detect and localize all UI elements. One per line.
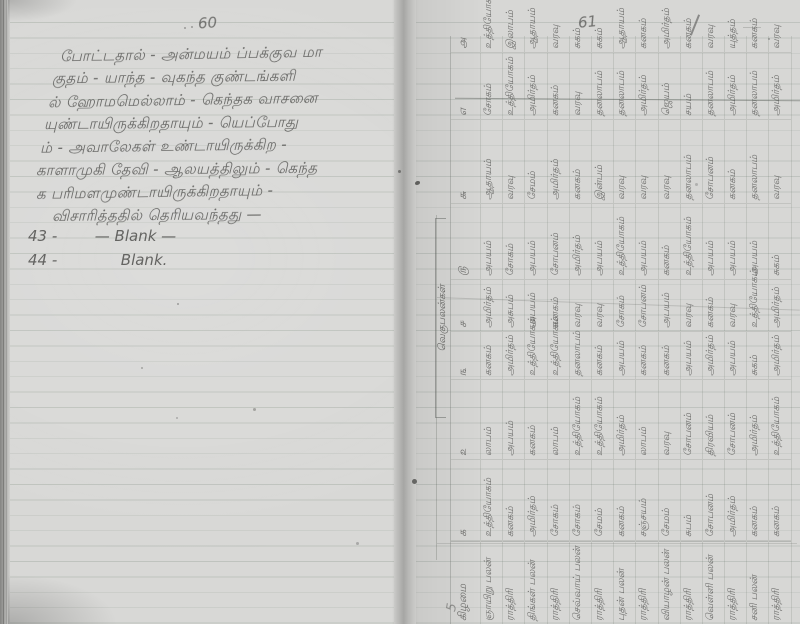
table-cell: அமிர்தம் — [747, 380, 768, 460]
table-cell: வரவு — [548, 0, 569, 53]
table-cell: அபயம் — [636, 204, 657, 280]
table-cell: இன்பம் — [592, 120, 613, 204]
table-cell: அபயம் — [614, 332, 635, 380]
row-label-cell: வெள்ளி பலன் — [703, 541, 724, 624]
table-cell: தனலாபம் — [747, 120, 768, 204]
table-cell: உத்தியோகம் — [747, 280, 768, 332]
table-cell: அமிர்தம் — [503, 332, 524, 380]
table-cell: தனலாபம் — [614, 53, 635, 120]
manuscript-line: காளாமுகி தேவி - ஆலயத்திலும் - கெந்த — [36, 159, 318, 181]
entry-text: Blank. — [121, 251, 168, 269]
row-label-cell: சனி பலன் — [747, 541, 768, 624]
table-cell: கனகம் — [548, 280, 569, 332]
table-cell: உத்தியோகம் — [570, 380, 591, 460]
table-cell: சோகம் — [481, 53, 502, 120]
table-cell: கனகம் — [747, 460, 768, 541]
table-cell: இலாபம் — [503, 0, 524, 53]
table-cell: வரவு — [636, 120, 657, 204]
table-row: செவ்வாய் பலன்சோகம்உத்தியோகம்தனலாபம்வரவுஅ… — [570, 36, 592, 624]
table-cell: கனகம் — [636, 0, 657, 53]
table-grid: கிழமை௧௨௩௪௫௬௭௮ஞாயிறு பலன்உத்தியோகம்லாபம்க… — [450, 36, 791, 624]
entry-number: 44 - — [28, 251, 90, 269]
table-cell: சுகம் — [747, 332, 768, 380]
table-cell: வரவு — [659, 380, 680, 460]
book-gutter-shadow — [392, 0, 418, 624]
table-cell: சோபனம் — [636, 280, 657, 332]
table-cell: அபயம் — [703, 204, 724, 280]
table-cell: சயம் — [681, 53, 702, 120]
row-label-cell: ராத்திரி — [725, 541, 746, 624]
catalog-entry: 44 - Blank. — [28, 251, 167, 269]
table-cell: ஆதாயம் — [525, 0, 546, 53]
table-cell: ஆதாயம் — [614, 0, 635, 53]
table-row: ராத்திரிகனகம்உத்தியோகம்அமிர்தம்அமிர்தம்ச… — [769, 36, 791, 624]
table-cell: கனகம் — [548, 53, 569, 120]
table-cell: அபயம் — [747, 204, 768, 280]
table-cell: சேமம் — [592, 460, 613, 541]
table-cell: சோபனம் — [703, 120, 724, 204]
table-cell: வரவு — [703, 0, 724, 53]
table-cell: கனகம் — [747, 0, 768, 53]
book-left-edge — [0, 0, 10, 624]
table-cell: கனகம் — [659, 204, 680, 280]
table-cell: சுகம் — [769, 204, 790, 280]
table-title-bracket: வெகுபலன்கள் — [435, 218, 451, 418]
table-cell: தனலாபம் — [592, 53, 613, 120]
table-cell: ௬ — [451, 120, 480, 204]
table-cell: உத்தியோகம் — [769, 380, 790, 460]
table-cell: கனகம் — [481, 332, 502, 380]
table-cell: ஆதாயம் — [481, 120, 502, 204]
table-row: புதன் பலன்கனகம்அமிர்தம்அபயம்சோகம்உத்தியோ… — [614, 36, 636, 624]
table-cell: உத்தியோகம் — [481, 460, 502, 541]
table-cell: அமிர்தம் — [525, 53, 546, 120]
table-border-line — [436, 215, 437, 560]
bracket-tick — [436, 417, 446, 418]
catalog-entry: 43 - — Blank — — [28, 227, 176, 245]
row-label-cell: ராத்திரி — [636, 541, 657, 624]
table-cell: சோகம் — [503, 204, 524, 280]
table-cell: அமிர்தம் — [525, 460, 546, 541]
table-cell: சுகம் — [592, 0, 613, 53]
table-cell: அபயம் — [503, 380, 524, 460]
table-cell: கனகம் — [503, 460, 524, 541]
table-cell: சோகம் — [570, 460, 591, 541]
table-cell: ௩ — [451, 332, 480, 380]
table-cell: வரவு — [769, 120, 790, 204]
rotated-results-table: வெகுபலன்கள் கிழமை௧௨௩௪௫௬௭௮ஞாயிறு பலன்உத்த… — [433, 36, 790, 624]
row-label-cell: ராத்திரி — [503, 541, 524, 624]
table-cell: உத்தியோகம் — [614, 204, 635, 280]
table-cell: சோகம் — [548, 460, 569, 541]
table-cell: உத்தியோகம் — [592, 380, 613, 460]
row-label-cell: ஞாயிறு பலன் — [481, 541, 502, 624]
table-cell: அமிர்தம் — [614, 380, 635, 460]
table-cell: சோகம் — [614, 280, 635, 332]
row-label-cell: ராத்திரி — [548, 541, 569, 624]
table-cell: வரவு — [769, 0, 790, 53]
bracket-tick — [436, 218, 446, 219]
table-cell: கனகம் — [570, 120, 591, 204]
table-cell: அமிர்தம் — [570, 204, 591, 280]
manuscript-line: ம் - அவாலேகள் உண்டாயிருக்கிற - — [40, 135, 287, 158]
table-cell: கனகம் — [525, 380, 546, 460]
table-row: ராத்திரிகனகம்அபயம்அமிர்தம்அசுபம்சோகம்வரவ… — [503, 36, 525, 624]
table-cell: சேமம் — [659, 460, 680, 541]
table-cell: வரவு — [725, 280, 746, 332]
table-cell: உத்தியோகம் — [681, 204, 702, 280]
pencil-dot — [191, 26, 193, 28]
table-cell: சுகம் — [570, 0, 591, 53]
table-row: சனி பலன்கனகம்அமிர்தம்சுகம்உத்தியோகம்அபயம… — [747, 36, 769, 624]
table-cell: கனகம் — [659, 332, 680, 380]
table-cell: அசுபம் — [503, 280, 524, 332]
table-cell: உத்தியோகம் — [481, 0, 502, 53]
table-cell: தனலாபம் — [747, 53, 768, 120]
corner-shadow — [8, 0, 78, 22]
table-cell: வரவு — [570, 53, 591, 120]
table-cell: உத்தியோகம் — [548, 332, 569, 380]
table-cell: ௨ — [451, 380, 480, 460]
table-gridline — [437, 543, 797, 544]
row-label-cell: புதன் பலன் — [614, 541, 635, 624]
entry-text: — Blank — — [95, 227, 176, 245]
table-cell: ஜெயம் — [659, 53, 680, 120]
corner-shadow — [8, 574, 118, 624]
table-cell: அமிர்தம் — [769, 53, 790, 120]
table-cell: கனகம் — [725, 120, 746, 204]
table-row: ராத்திரிசோகம்லாபம்உத்தியோகம்கனகம்சோபனம்அ… — [548, 36, 570, 624]
table-cell: கனகம் — [681, 0, 702, 53]
table-cell: சேமம் — [525, 120, 546, 204]
table-cell: அபயம் — [525, 204, 546, 280]
pencil-dot — [184, 27, 186, 29]
table-cell: கனகம் — [636, 332, 657, 380]
ink-speck — [141, 367, 143, 369]
ink-speck — [253, 408, 256, 411]
manuscript-line: க பரிமளமுண்டாயிருக்கிறதாயும் - — [36, 181, 274, 205]
ink-speck — [177, 303, 179, 305]
table-cell: அபயம் — [481, 204, 502, 280]
table-row: கிழமை௧௨௩௪௫௬௭௮ — [451, 36, 481, 624]
table-title: வெகுபலன்கள் — [437, 284, 448, 351]
ink-speck — [412, 479, 417, 484]
table-cell: அமிர்தம் — [703, 332, 724, 380]
ink-speck — [695, 183, 698, 186]
table-cell: உத்தியோகம் — [503, 53, 524, 120]
row-label-cell: ராத்திரி — [681, 541, 702, 624]
table-cell: அமிர்தம் — [725, 53, 746, 120]
ink-speck — [176, 417, 178, 419]
page-stack-line — [6, 0, 7, 624]
table-row: ராத்திரிஅமிர்தம்சோபனம்அபயம்வரவுஅபயம்கனகம… — [725, 36, 747, 624]
table-cell: அமிர்தம் — [659, 0, 680, 53]
table-cell: லாபம் — [636, 380, 657, 460]
table-cell: வரவு — [659, 120, 680, 204]
table-cell: அமிர்தம் — [481, 280, 502, 332]
table-row: ராத்திரிசஞ்சயம்லாபம்கனகம்சோபனம்அபயம்வரவு… — [636, 36, 658, 624]
table-cell: லாபம் — [481, 380, 502, 460]
table-cell: சோபனம் — [725, 380, 746, 460]
manuscript-line: குதம் - யாந்த - வுகந்த குண்டங்களி — [52, 67, 296, 90]
table-cell: லாபம் — [548, 380, 569, 460]
table-row: வியாழன் பலன்சேமம்வரவுகனகம்அபயம்கனகம்வரவு… — [659, 36, 681, 624]
table-cell: அமிர்தம் — [769, 280, 790, 332]
manuscript-line: யுண்டாயிருக்கிறதாயும் - யெப்போது — [44, 113, 299, 135]
ink-speck — [398, 170, 401, 173]
table-cell: கனகம் — [592, 332, 613, 380]
table-cell: கனகம் — [614, 460, 635, 541]
table-cell: சோபனம் — [681, 380, 702, 460]
table-cell: சஞ்சயம் — [636, 460, 657, 541]
table-cell: அபயம் — [525, 280, 546, 332]
table-cell: யுத்தம் — [725, 0, 746, 53]
page-stack-line — [3, 0, 4, 624]
table-cell: ௮ — [451, 0, 480, 53]
table-cell: வரவு — [570, 280, 591, 332]
table-cell: தனலாபம் — [681, 120, 702, 204]
row-label-cell: ராத்திரி — [592, 541, 613, 624]
table-cell: அமிர்தம் — [725, 460, 746, 541]
ink-speck — [356, 542, 359, 545]
row-label-cell: வியாழன் பலன் — [659, 541, 680, 624]
table-cell: சோபனம் — [703, 460, 724, 541]
row-label-cell: செவ்வாய் பலன் — [570, 541, 591, 624]
table-cell: அபயம் — [725, 332, 746, 380]
table-cell: தனலாபம் — [703, 53, 724, 120]
manuscript-line: விசாரித்ததில் தெரியவந்தது — — [52, 205, 262, 227]
table-cell: ௫ — [451, 204, 480, 280]
table-row: ராத்திரிசேமம்உத்தியோகம்கனகம்வரவுஅபயம்இன்… — [592, 36, 614, 624]
entry-number: 43 - — [28, 227, 90, 245]
table-cell: ௭ — [451, 53, 480, 120]
table-row: ஞாயிறு பலன்உத்தியோகம்லாபம்கனகம்அமிர்தம்அ… — [481, 36, 503, 624]
table-cell: உத்தியோகம் — [525, 332, 546, 380]
table-cell: வரவு — [614, 120, 635, 204]
table-cell: அபயம் — [681, 332, 702, 380]
table-cell: ௪ — [451, 280, 480, 332]
table-cell: திரவியம் — [703, 380, 724, 460]
table-cell: அபயம் — [725, 204, 746, 280]
table-cell: வரவு — [503, 120, 524, 204]
notebook-scan: 60 போட்டதால் - அன்மயம் ப்பக்குவ மா குதம்… — [0, 0, 800, 624]
row-label-cell: திங்கள் பலன் — [525, 541, 546, 624]
left-page-number: 60 — [197, 13, 217, 32]
table-row: திங்கள் பலன்அமிர்தம்கனகம்உத்தியோகம்அபயம்… — [525, 36, 547, 624]
table-cell: அமிர்தம் — [548, 120, 569, 204]
table-cell: அமிர்தம் — [636, 53, 657, 120]
table-cell: சுபம் — [681, 460, 702, 541]
table-cell: ௧ — [451, 460, 480, 541]
table-row: ராத்திரிசுபம்சோபனம்அபயம்வரவுஉத்தியோகம்தன… — [681, 36, 703, 624]
table-cell: கனகம் — [769, 460, 790, 541]
table-cell: அமிர்தம் — [769, 332, 790, 380]
row-label-cell: ராத்திரி — [769, 541, 790, 624]
table-cell: சோபனம் — [548, 204, 569, 280]
table-cell: அபயம் — [592, 204, 613, 280]
table-row: வெள்ளி பலன்சோபனம்திரவியம்அமிர்தம்கனகம்அப… — [703, 36, 725, 624]
table-cell: வரவு — [592, 280, 613, 332]
table-cell: தனலாபம் — [570, 332, 591, 380]
